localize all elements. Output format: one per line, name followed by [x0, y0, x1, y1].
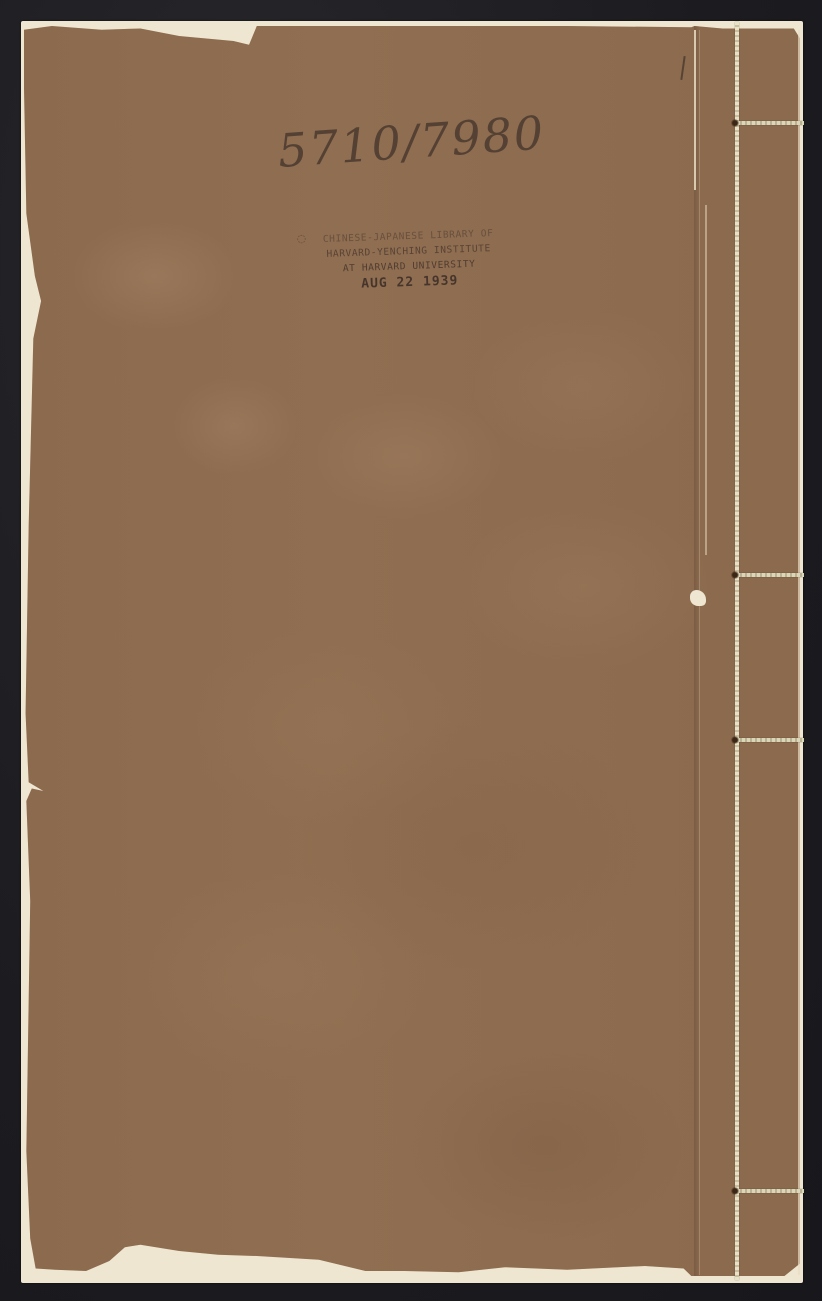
fold-line	[798, 30, 800, 1275]
binding-stitch	[737, 1189, 804, 1193]
book-cover	[24, 26, 800, 1276]
stitch-hole	[731, 119, 739, 127]
binding-thread	[735, 22, 739, 1280]
stitch-hole	[731, 736, 739, 744]
torn-spot	[690, 590, 706, 606]
stitch-hole	[731, 1187, 739, 1195]
binding-stitch	[737, 573, 804, 577]
binding-stitch	[737, 121, 804, 125]
library-stamp: ◌ CHINESE-JAPANESE LIBRARY OF HARVARD-YE…	[299, 225, 519, 295]
binding-stitch	[737, 738, 804, 742]
fold-line	[699, 30, 700, 1275]
fold-line	[705, 205, 707, 555]
fold-line	[694, 30, 696, 190]
stitch-hole	[731, 571, 739, 579]
